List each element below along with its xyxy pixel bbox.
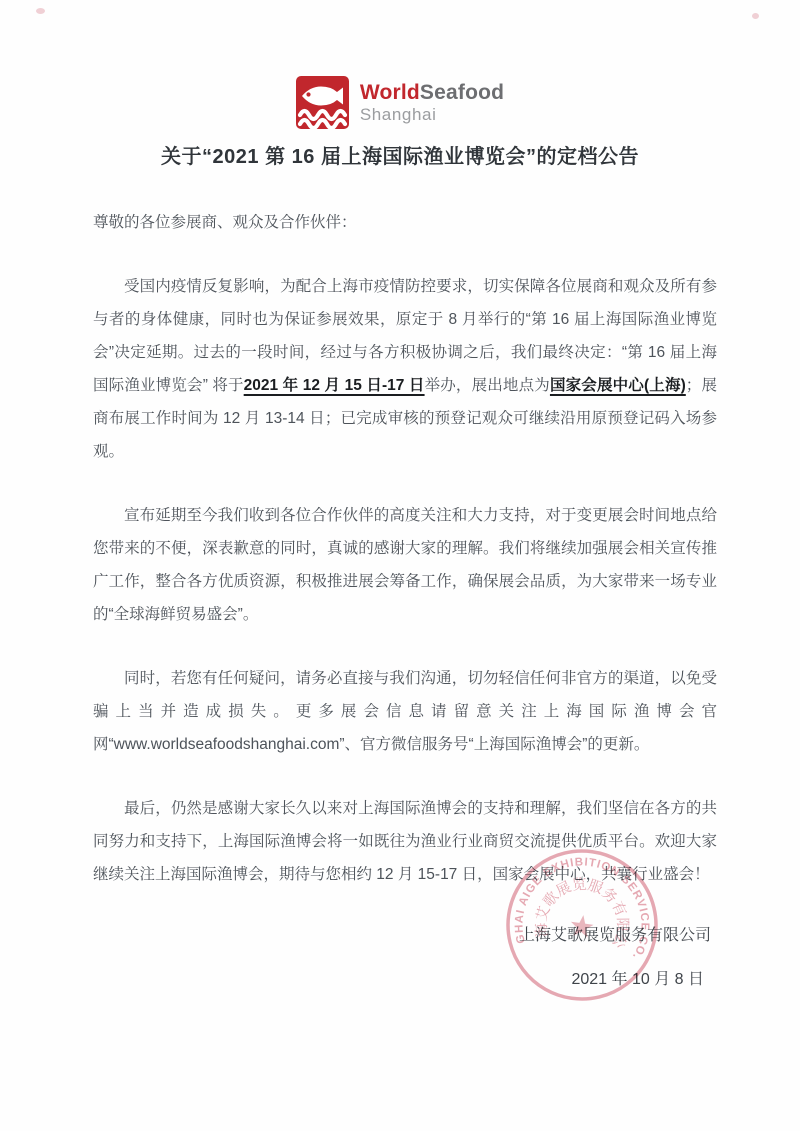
paragraph-1-text: 举办，展出地点为 <box>425 377 550 394</box>
paragraph-3: 同时，若您有任何疑问，请务必直接与我们沟通，切勿轻信任何非官方的渠道，以免受骗上… <box>93 662 717 761</box>
salutation: 尊敬的各位参展商、观众及合作伙伴： <box>93 206 717 239</box>
letter-body: 尊敬的各位参展商、观众及合作伙伴： 受国内疫情反复影响，为配合上海市疫情防控要求… <box>93 206 717 996</box>
brand-world: World <box>360 81 420 104</box>
venue-emphasis: 国家会展中心(上海) <box>550 377 686 394</box>
signature-company: 上海艾歌展览服务有限公司 <box>93 919 717 952</box>
brand-text: WorldSeafood Shanghai <box>360 82 504 124</box>
red-ink-speck <box>36 8 45 14</box>
brand-logo: WorldSeafood Shanghai <box>0 76 800 129</box>
signature-date: 2021 年 10 月 8 日 <box>93 963 717 996</box>
paragraph-1: 受国内疫情反复影响，为配合上海市疫情防控要求，切实保障各位展商和观众及所有参与者… <box>93 270 717 468</box>
red-ink-speck <box>752 13 759 19</box>
brand-city: Shanghai <box>360 106 504 124</box>
brand-name: WorldSeafood <box>360 82 504 104</box>
paragraph-4: 最后，仍然是感谢大家长久以来对上海国际渔博会的支持和理解，我们坚信在各方的共同努… <box>93 792 717 891</box>
brand-seafood: Seafood <box>420 81 504 104</box>
signature-block: 上海艾歌展览服务有限公司 2021 年 10 月 8 日 <box>93 919 717 996</box>
page-title: 关于“2021 第 16 届上海国际渔业博览会”的定档公告 <box>0 140 800 169</box>
event-dates-emphasis: 2021 年 12 月 15 日-17 日 <box>244 377 425 394</box>
announcement-document: WorldSeafood Shanghai 关于“2021 第 16 届上海国际… <box>0 0 800 1131</box>
fish-waves-icon <box>296 76 349 129</box>
paragraph-2: 宣布延期至今我们收到各位合作伙伴的高度关注和大力支持，对于变更展会时间地点给您带… <box>93 499 717 631</box>
